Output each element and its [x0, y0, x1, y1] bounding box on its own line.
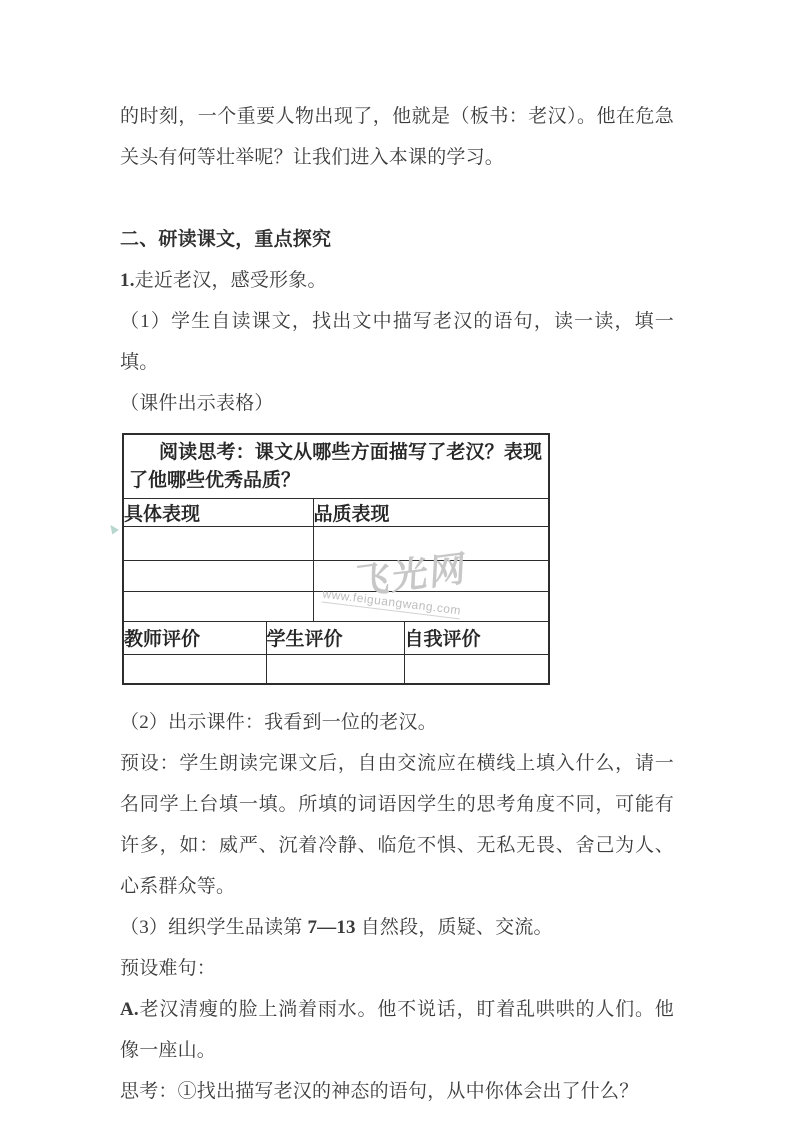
table-empty-row: [123, 526, 549, 560]
item-3-paragraph: （3）组织学生品读第 7—13 自然段，质疑、交流。: [120, 907, 674, 948]
preset-paragraph: 预设：学生朗读完课文后，自由交流应在横线上填入什么，请一名同学上台填一填。所填的…: [120, 743, 674, 907]
empty-cell[interactable]: [123, 526, 313, 560]
reading-task-table: 阅读思考：课文从哪些方面描写了老汉？表现了他哪些优秀品质？ 具体表现 品质表现: [122, 433, 550, 685]
table-empty-row: [123, 560, 549, 591]
bold-text-run: 7—13: [307, 917, 355, 938]
text-run: （2）出示课件：我看到一位的老汉。: [120, 712, 437, 733]
empty-cell[interactable]: [313, 591, 549, 621]
reading-task-table-wrap: 阅读思考：课文从哪些方面描写了老汉？表现了他哪些优秀品质？ 具体表现 品质表现: [122, 433, 548, 685]
section-heading: 二、研读课文，重点探究: [120, 219, 674, 260]
table-empty-row: [123, 654, 549, 684]
document-page: 的时刻，一个重要人物出现了，他就是（板书：老汉）。他在危急关头有何等壮举呢？让我…: [0, 0, 793, 1122]
column-header-teacher-eval: 教师评价: [123, 621, 266, 654]
text-run: 走近老汉，感受形象。: [135, 270, 327, 291]
table-header-row-3col: 教师评价 学生评价 自我评价: [123, 621, 549, 654]
empty-cell[interactable]: [313, 560, 549, 591]
text-run: （1）学生自读课文，找出文中描写老汉的语句，读一读，填一填。: [120, 311, 674, 373]
preset-difficult-heading: 预设难句：: [120, 948, 674, 989]
text-flow-bottom: （2）出示课件：我看到一位的老汉。预设：学生朗读完课文后，自由交流应在横线上填入…: [120, 702, 674, 1112]
item-2-paragraph: （2）出示课件：我看到一位的老汉。: [120, 702, 674, 743]
empty-cell[interactable]: [266, 654, 404, 684]
courseware-note-paragraph: （课件出示表格）: [120, 383, 674, 424]
empty-cell[interactable]: [404, 654, 549, 684]
bold-text-run: 二、研读课文，重点探究: [120, 229, 331, 250]
empty-cell[interactable]: [123, 654, 266, 684]
empty-cell[interactable]: [123, 560, 313, 591]
text-run: （3）组织学生品读第: [120, 917, 307, 938]
column-header-concrete: 具体表现: [123, 498, 313, 526]
text-flow-top: 的时刻，一个重要人物出现了，他就是（板书：老汉）。他在危急关头有何等壮举呢？让我…: [120, 96, 674, 424]
column-header-quality: 品质表现: [313, 498, 549, 526]
table-empty-row: [123, 591, 549, 621]
column-header-student-eval: 学生评价: [266, 621, 404, 654]
bold-text-run: A.: [120, 999, 139, 1020]
bold-text-run: 1.: [120, 270, 135, 291]
think-question-paragraph: 思考：①找出描写老汉的神态的语句，从中你体会出了什么？: [120, 1071, 674, 1112]
text-run: 自然段，质疑、交流。: [356, 917, 553, 938]
sentence-a-paragraph: A.老汉清瘦的脸上淌着雨水。他不说话，盯着乱哄哄的人们。他像一座山。: [120, 989, 674, 1071]
text-run: 预设：学生朗读完课文后，自由交流应在横线上填入什么，请一名同学上台填一填。所填的…: [120, 753, 674, 897]
column-header-self-eval: 自我评价: [404, 621, 549, 654]
page-content: 的时刻，一个重要人物出现了，他就是（板书：老汉）。他在危急关头有何等壮举呢？让我…: [120, 96, 674, 1112]
item-1-paragraph: （1）学生自读课文，找出文中描写老汉的语句，读一读，填一填。: [120, 301, 674, 383]
stray-cursor-artifact: [107, 523, 119, 535]
text-run: （课件出示表格）: [120, 393, 274, 414]
continuation-paragraph: 的时刻，一个重要人物出现了，他就是（板书：老汉）。他在危急关头有何等壮举呢？让我…: [120, 96, 674, 178]
empty-cell[interactable]: [313, 526, 549, 560]
table-question-text: 阅读思考：课文从哪些方面描写了老汉？表现了他哪些优秀品质？: [124, 435, 548, 495]
text-run: 的时刻，一个重要人物出现了，他就是（板书：老汉）。他在危急关头有何等壮举呢？让我…: [120, 106, 674, 168]
empty-cell[interactable]: [123, 591, 313, 621]
text-run: 老汉清瘦的脸上淌着雨水。他不说话，盯着乱哄哄的人们。他像一座山。: [120, 999, 674, 1061]
table-question-row: 阅读思考：课文从哪些方面描写了老汉？表现了他哪些优秀品质？: [123, 434, 549, 498]
step-1-paragraph: 1.走近老汉，感受形象。: [120, 260, 674, 301]
text-run: 思考：①找出描写老汉的神态的语句，从中你体会出了什么？: [120, 1081, 638, 1102]
table-question-cell: 阅读思考：课文从哪些方面描写了老汉？表现了他哪些优秀品质？: [123, 434, 549, 498]
table-header-row-2col: 具体表现 品质表现: [123, 498, 549, 526]
text-run: 预设难句：: [120, 958, 216, 979]
